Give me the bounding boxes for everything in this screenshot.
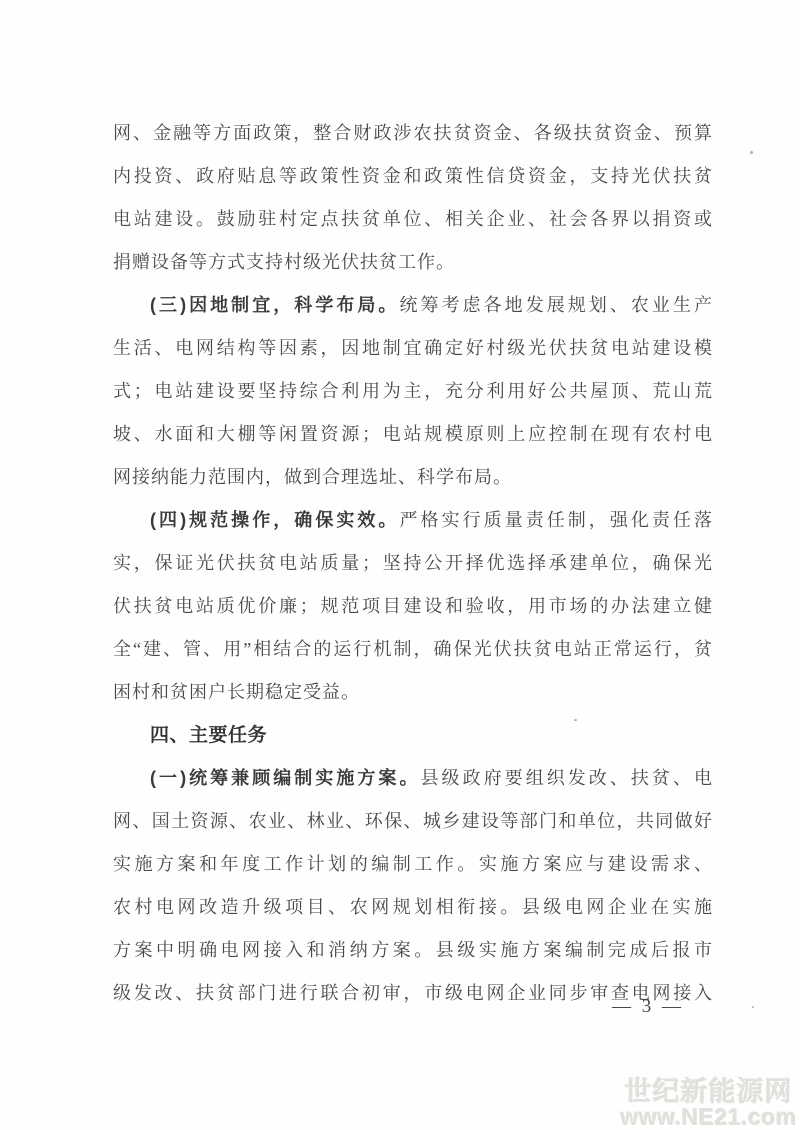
- line-text: 电站建设。鼓励驻村定点扶贫单位、相关企业、社会各界以捐资或: [113, 209, 713, 229]
- document-page: 网、金融等方面政策，整合财政涉农扶贫资金、各级扶贫资金、预算内投资、政府贴息等政…: [0, 0, 800, 1130]
- text-line: 坡、水面和大棚等闲置资源；电站规模原则上应控制在现有农村电: [113, 413, 713, 456]
- line-text: 伏扶贫电站质优价廉；规范项目建设和验收，用市场的办法建立健: [113, 596, 713, 616]
- page-number: — 3 —: [612, 996, 684, 1018]
- text-line: (四)规范操作，确保实效。严格实行质量责任制，强化责任落: [113, 499, 713, 542]
- bold-lead-text: (一)统筹兼顾编制实施方案。: [150, 768, 421, 788]
- scan-speck: [750, 151, 753, 154]
- text-line: 困村和贫困户长期稳定受益。: [113, 671, 713, 714]
- line-text: 坡、水面和大棚等闲置资源；电站规模原则上应控制在现有农村电: [113, 424, 713, 444]
- text-line: (一)统筹兼顾编制实施方案。县级政府要组织发改、扶贫、电: [113, 757, 713, 800]
- line-text: 严格实行质量责任制，强化责任落: [399, 510, 713, 530]
- line-text: 网、国土资源、农业、林业、环保、城乡建设等部门和单位，共同做好: [113, 811, 713, 831]
- line-text: 式；电站建设要坚持综合利用为主，充分利用好公共屋顶、荒山荒: [113, 381, 713, 401]
- text-line: 电站建设。鼓励驻村定点扶贫单位、相关企业、社会各界以捐资或: [113, 198, 713, 241]
- scan-speck: [752, 1006, 754, 1008]
- text-line: 网、国土资源、农业、林业、环保、城乡建设等部门和单位，共同做好: [113, 800, 713, 843]
- text-line: 伏扶贫电站质优价廉；规范项目建设和验收，用市场的办法建立健: [113, 585, 713, 628]
- line-text: 捐赠设备等方式支持村级光伏扶贫工作。: [113, 252, 455, 272]
- text-line: 生活、电网结构等因素，因地制宜确定好村级光伏扶贫电站建设模: [113, 327, 713, 370]
- text-line: 捐赠设备等方式支持村级光伏扶贫工作。: [113, 241, 713, 284]
- text-line: 实施方案和年度工作计划的编制工作。实施方案应与建设需求、: [113, 843, 713, 886]
- line-text: 困村和贫困户长期稳定受益。: [113, 682, 360, 702]
- watermark-site-url: www.NE21.com: [621, 1105, 797, 1129]
- scan-speck: [574, 719, 577, 721]
- text-body: 网、金融等方面政策，整合财政涉农扶贫资金、各级扶贫资金、预算内投资、政府贴息等政…: [113, 112, 713, 1015]
- bold-lead-text: (四)规范操作，确保实效。: [150, 510, 399, 530]
- text-line: 内投资、政府贴息等政策性资金和政策性信贷资金，支持光伏扶贫: [113, 155, 713, 198]
- bold-lead-text: (三)因地制宜，科学布局。: [150, 295, 399, 315]
- line-text: 生活、电网结构等因素，因地制宜确定好村级光伏扶贫电站建设模: [113, 338, 713, 358]
- line-text: 县级政府要组织发改、扶贫、电: [421, 768, 713, 788]
- watermark-site-name: 世纪新能源网: [621, 1079, 797, 1105]
- text-line: (三)因地制宜，科学布局。统筹考虑各地发展规划、农业生产: [113, 284, 713, 327]
- text-line: 实，保证光伏扶贫电站质量；坚持公开择优选择承建单位，确保光: [113, 542, 713, 585]
- text-line: 式；电站建设要坚持综合利用为主，充分利用好公共屋顶、荒山荒: [113, 370, 713, 413]
- text-line: 全“建、管、用”相结合的运行机制，确保光伏扶贫电站正常运行，贫: [113, 628, 713, 671]
- line-text: 全“建、管、用”相结合的运行机制，确保光伏扶贫电站正常运行，贫: [113, 639, 713, 659]
- watermark: 世纪新能源网 www.NE21.com: [621, 1079, 797, 1129]
- line-text: 网、金融等方面政策，整合财政涉农扶贫资金、各级扶贫资金、预算: [113, 123, 713, 143]
- line-text: 内投资、政府贴息等政策性资金和政策性信贷资金，支持光伏扶贫: [113, 166, 713, 186]
- line-text: 统筹考虑各地发展规划、农业生产: [399, 295, 713, 315]
- line-text: 方案中明确电网接入和消纳方案。县级实施方案编制完成后报市: [113, 940, 713, 960]
- line-text: 实，保证光伏扶贫电站质量；坚持公开择优选择承建单位，确保光: [113, 553, 713, 573]
- text-line: 农村电网改造升级项目、农网规划相衔接。县级电网企业在实施: [113, 886, 713, 929]
- text-line: 方案中明确电网接入和消纳方案。县级实施方案编制完成后报市: [113, 929, 713, 972]
- line-text: 实施方案和年度工作计划的编制工作。实施方案应与建设需求、: [113, 854, 713, 874]
- text-line: 网、金融等方面政策，整合财政涉农扶贫资金、各级扶贫资金、预算: [113, 112, 713, 155]
- line-text: 网接纳能力范围内，做到合理选址、科学布局。: [113, 467, 512, 487]
- section-heading: 四、主要任务: [113, 714, 713, 757]
- line-text: 农村电网改造升级项目、农网规划相衔接。县级电网企业在实施: [113, 897, 713, 917]
- text-line: 网接纳能力范围内，做到合理选址、科学布局。: [113, 456, 713, 499]
